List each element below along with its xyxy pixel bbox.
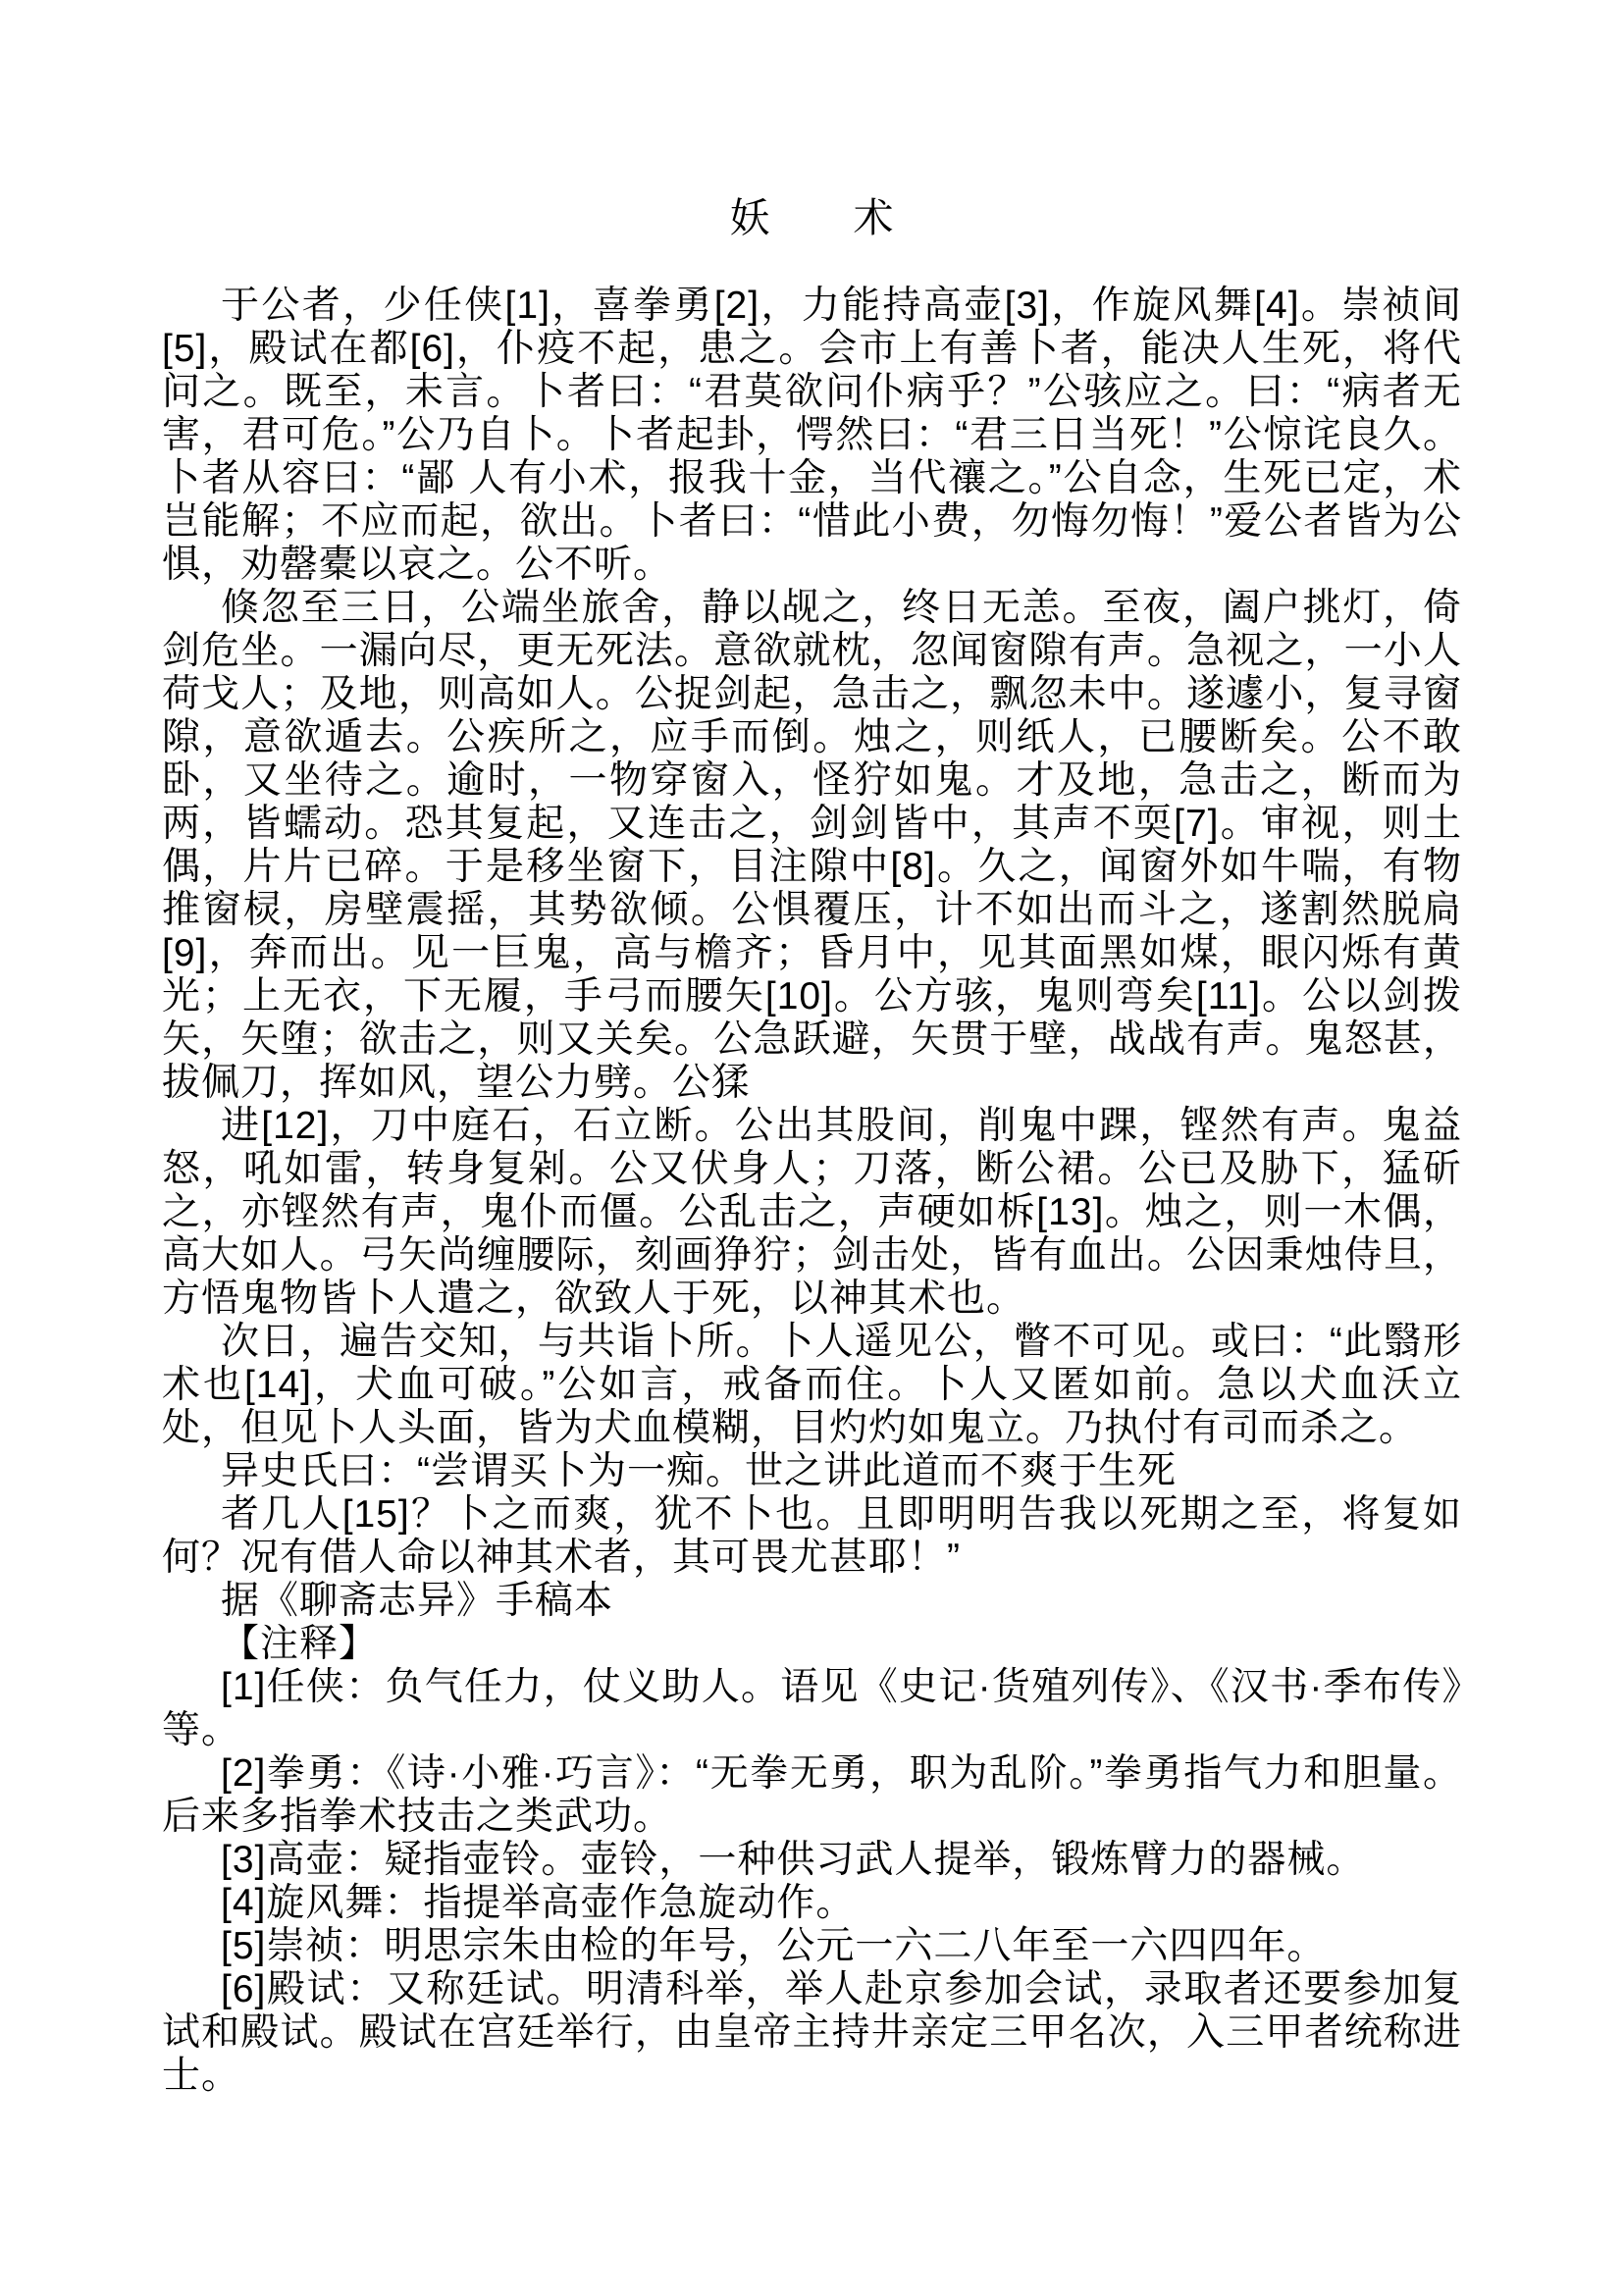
story-paragraph-1: 于公者，少任侠[1]，喜拳勇[2]，力能持高壶[3]，作旋风舞[4]。崇祯间[5… [162,285,1462,587]
story-paragraph-5: 异史氏曰：“尝谓买卜为一痴。世之讲此道而不爽于生死 [162,1450,1462,1493]
notes-header: 【注释】 [162,1623,1462,1666]
source-line: 据《聊斋志异》手稿本 [162,1580,1462,1623]
note-item-6: [6]殿试：又称廷试。明清科举，举人赴京参加会试，录取者还要参加复试和殿试。殿试… [162,1968,1462,2098]
page-title: 妖 术 [162,196,1462,239]
note-item-4: [4]旋风舞：指提举高壶作急旋动作。 [162,1882,1462,1925]
note-item-3: [3]高壶：疑指壶铃。壶铃，一种供习武人提举，锻炼臂力的器械。 [162,1839,1462,1882]
story-paragraph-4: 次日，遍告交知，与共诣卜所。卜人遥见公，瞥不可见。或曰：“此翳形术也[14]，犬… [162,1321,1462,1450]
note-item-1: [1]任侠：负气任力，仗义助人。语见《史记·货殖列传》、《汉书·季布传》等。 [162,1666,1462,1752]
document-content: 妖 术 于公者，少任侠[1]，喜拳勇[2]，力能持高壶[3]，作旋风舞[4]。崇… [162,196,1462,2098]
note-item-2: [2]拳勇：《诗·小雅·巧言》：“无拳无勇，职为乱阶。”拳勇指气力和胆量。后来多… [162,1752,1462,1839]
document-page: 妖 术 于公者，少任侠[1]，喜拳勇[2]，力能持高壶[3]，作旋风舞[4]。崇… [0,0,1624,2294]
story-paragraph-3: 进[12]，刀中庭石，石立断。公出其股间，削鬼中踝，铿然有声。鬼益怒，吼如雷，转… [162,1105,1462,1321]
story-paragraph-2: 倏忽至三日，公端坐旅舍，静以觇之，终日无恙。至夜，阖户挑灯，倚剑危坐。一漏向尽，… [162,587,1462,1105]
note-item-5: [5]崇祯：明思宗朱由检的年号，公元一六二八年至一六四四年。 [162,1925,1462,1968]
story-paragraph-6: 者几人[15]？卜之而爽，犹不卜也。且即明明告我以死期之至，将复如何？况有借人命… [162,1493,1462,1580]
